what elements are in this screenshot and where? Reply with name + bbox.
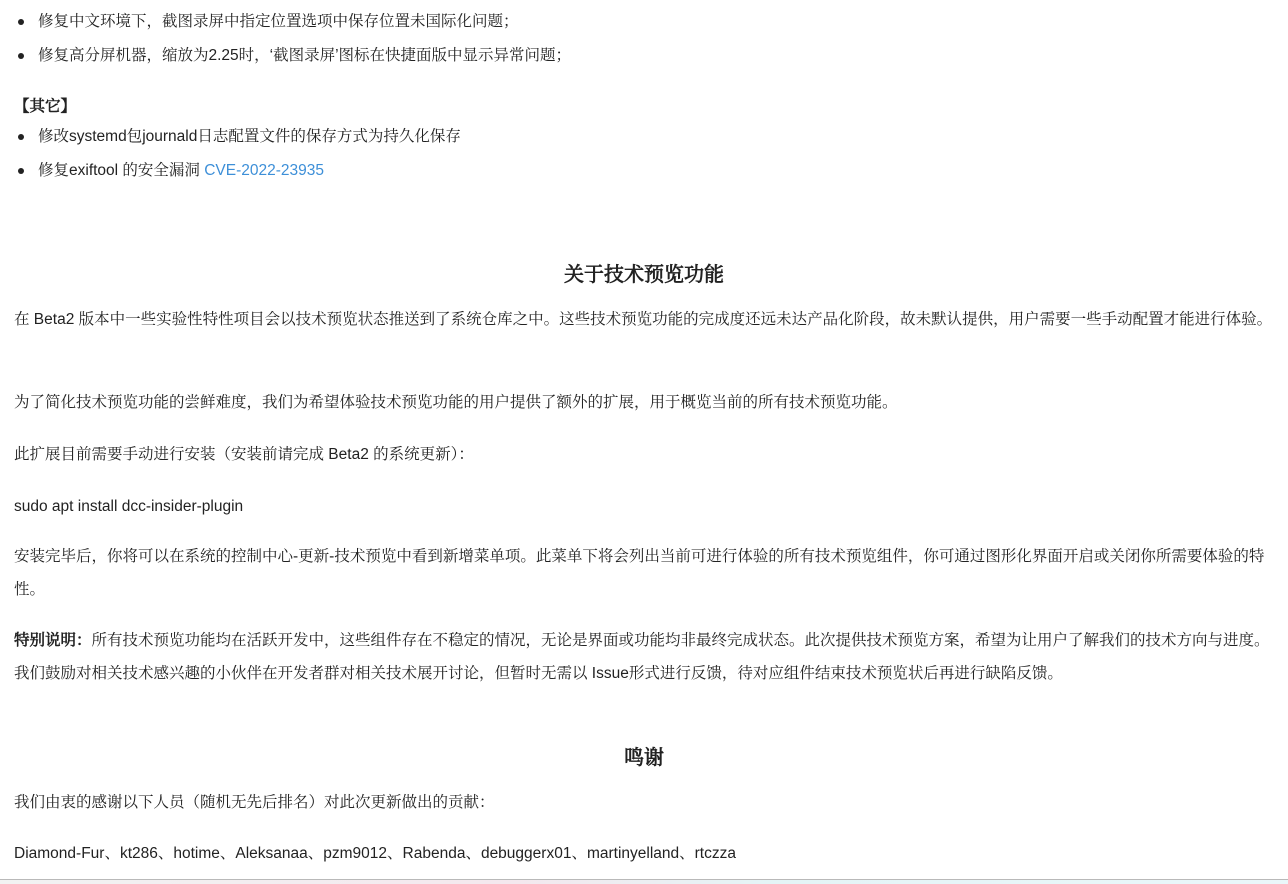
list-item-text: 修复exiftool 的安全漏洞 <box>38 162 204 179</box>
bullet-icon <box>18 53 24 59</box>
bullet-icon <box>18 19 24 25</box>
contributors-list: Diamond-Fur、kt286、hotime、Aleksanaa、pzm90… <box>14 837 1274 870</box>
list-item: 修复中文环境下，截图录屏中指定位置选项中保存位置未国际化问题； <box>14 5 571 39</box>
heading-tech-preview: 关于技术预览功能 <box>0 258 1288 287</box>
paragraph-tech-preview-intro: 在 Beta2 版本中一些实验性特性项目会以技术预览状态推送到了系统仓库之中。这… <box>14 303 1274 336</box>
paragraph-special-note: 特别说明：所有技术预览功能均在活跃开发中，这些组件存在不稳定的情况，无论是界面或… <box>14 624 1274 690</box>
other-fixes-list: 修改systemd包journald日志配置文件的保存方式为持久化保存 修复ex… <box>14 120 461 188</box>
list-item: 修复exiftool 的安全漏洞 CVE-2022-23935 <box>14 154 461 188</box>
paragraph-thanks-intro: 我们由衷的感谢以下人员（随机无先后排名）对此次更新做出的贡献： <box>14 786 1274 819</box>
bullet-icon <box>18 168 24 174</box>
special-note-text: 所有技术预览功能均在活跃开发中，这些组件存在不稳定的情况，无论是界面或功能均非最… <box>14 632 1270 682</box>
fixes-list-top: 修复中文环境下，截图录屏中指定位置选项中保存位置未国际化问题； 修复高分屏机器，… <box>14 5 571 73</box>
list-item: 修改systemd包journald日志配置文件的保存方式为持久化保存 <box>14 120 461 154</box>
list-item: 修复高分屏机器，缩放为2.25时，‘截图录屏’图标在快捷面版中显示异常问题； <box>14 39 571 73</box>
heading-thanks: 鸣谢 <box>0 741 1288 770</box>
list-item-text: 修复中文环境下，截图录屏中指定位置选项中保存位置未国际化问题； <box>38 13 519 30</box>
cve-link[interactable]: CVE-2022-23935 <box>204 162 324 179</box>
section-label-other: 【其它】 <box>14 94 76 116</box>
bullet-icon <box>18 134 24 140</box>
release-notes-document: 修复中文环境下，截图录屏中指定位置选项中保存位置未国际化问题； 修复高分屏机器，… <box>0 0 1288 880</box>
paragraph-after-install: 安装完毕后，你将可以在系统的控制中心-更新-技术预览中看到新增菜单项。此菜单下将… <box>14 540 1274 606</box>
install-command: sudo apt install dcc-insider-plugin <box>14 490 1274 523</box>
window-bottom-edge <box>0 879 1288 884</box>
paragraph-install-note: 此扩展目前需要手动进行安装（安装前请完成 Beta2 的系统更新）： <box>14 438 1274 471</box>
list-item-text: 修改systemd包journald日志配置文件的保存方式为持久化保存 <box>38 128 461 145</box>
paragraph-extension: 为了简化技术预览功能的尝鲜难度，我们为希望体验技术预览功能的用户提供了额外的扩展… <box>14 386 1274 419</box>
special-note-label: 特别说明： <box>14 632 92 649</box>
list-item-text: 修复高分屏机器，缩放为2.25时，‘截图录屏’图标在快捷面版中显示异常问题； <box>38 47 571 64</box>
